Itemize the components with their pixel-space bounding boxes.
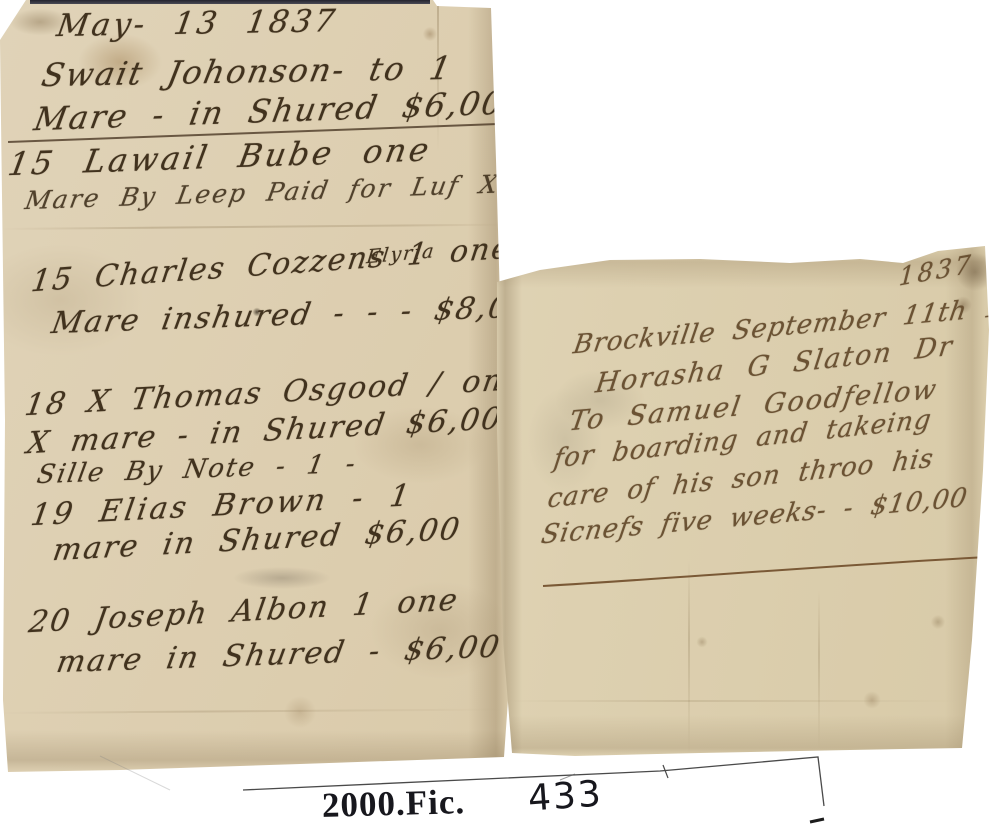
left-doc-entry-cozzens-amount: Mare inshured - - - $8,00: [49, 289, 534, 341]
catalog-collection-id: 2000.Fic.: [322, 782, 466, 826]
left-doc-entry-albon: 20 Joseph Albon 1 one: [26, 582, 461, 640]
fold-crease: [0, 224, 505, 230]
scanned-document-image: May- 13 1837 Swait Johonson- to 1 Mare -…: [0, 0, 1000, 831]
fold-crease: [688, 560, 690, 755]
scan-edge-artifact: [30, 0, 430, 4]
fold-crease: [505, 700, 960, 702]
left-doc-entry-albon-amount: mare in Shured - $6,00: [54, 630, 504, 681]
left-doc-entry-cozzens: 15 Charles Cozzens 1 one: [29, 230, 514, 299]
scan-edge-artifact-left: [0, 0, 4, 30]
fold-crease: [818, 590, 820, 750]
catalog-item-number: 433: [527, 773, 604, 819]
left-doc-date-line: May- 13 1837: [54, 3, 340, 44]
fold-crease: [0, 708, 505, 714]
right-doc-year: 1837: [898, 249, 975, 292]
